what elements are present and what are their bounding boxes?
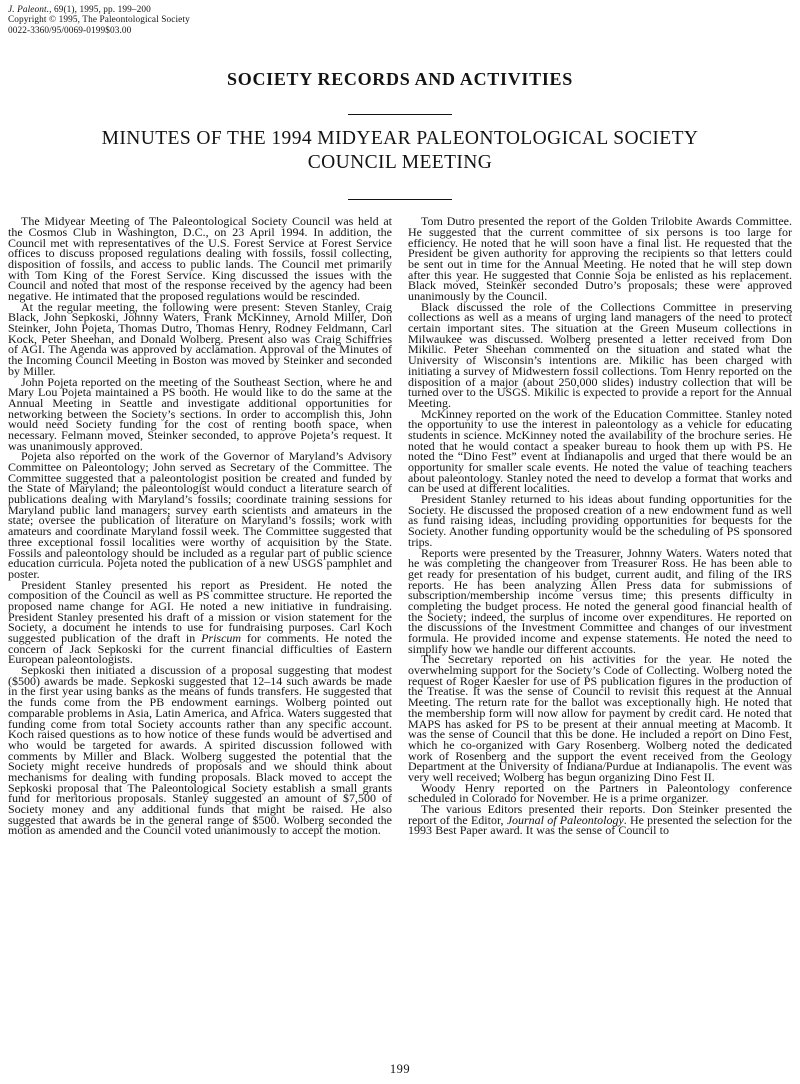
masthead: J. Paleont., 69(1), 1995, pp. 199–200Cop…	[8, 5, 792, 36]
body-columns: The Midyear Meeting of The Paleontologic…	[8, 216, 792, 836]
paragraph: President Stanley returned to his ideas …	[408, 494, 792, 547]
paragraph: Pojeta also reported on the work of the …	[8, 451, 392, 579]
masthead-line: Copyright © 1995, The Paleontological So…	[8, 15, 792, 25]
masthead-line: J. Paleont., 69(1), 1995, pp. 199–200	[8, 5, 792, 15]
paragraph: Reports were presented by the Treasurer,…	[408, 548, 792, 655]
paragraph: At the regular meeting, the following we…	[8, 302, 392, 377]
article-title: MINUTES OF THE 1994 MIDYEAR PALEONTOLOGI…	[100, 127, 700, 175]
journal-page: J. Paleont., 69(1), 1995, pp. 199–200Cop…	[0, 0, 800, 1084]
masthead-line: 0022-3360/95/0069-0199$03.00	[8, 26, 792, 36]
title-divider-bottom	[348, 199, 452, 200]
paragraph: The Midyear Meeting of The Paleontologic…	[8, 216, 392, 302]
paragraph: The Secretary reported on his activities…	[408, 654, 792, 782]
section-heading: SOCIETY RECORDS AND ACTIVITIES	[8, 69, 792, 90]
paragraph: Woody Henry reported on the Partners in …	[408, 783, 792, 804]
paragraph: John Pojeta reported on the meeting of t…	[8, 377, 392, 452]
paragraph: McKinney reported on the work of the Edu…	[408, 409, 792, 495]
paragraph: Tom Dutro presented the report of the Go…	[408, 216, 792, 302]
page-footer: 199	[0, 1060, 800, 1078]
paragraph: Sepkoski then initiated a discussion of …	[8, 665, 392, 836]
paragraph: The various Editors presented their repo…	[408, 804, 792, 836]
page-number: 199	[390, 1062, 410, 1076]
paragraph: President Stanley presented his report a…	[8, 580, 392, 666]
column-left: The Midyear Meeting of The Paleontologic…	[8, 216, 392, 836]
column-right: Tom Dutro presented the report of the Go…	[408, 216, 792, 836]
title-divider-top	[348, 114, 452, 115]
paragraph: Black discussed the role of the Collecti…	[408, 302, 792, 409]
